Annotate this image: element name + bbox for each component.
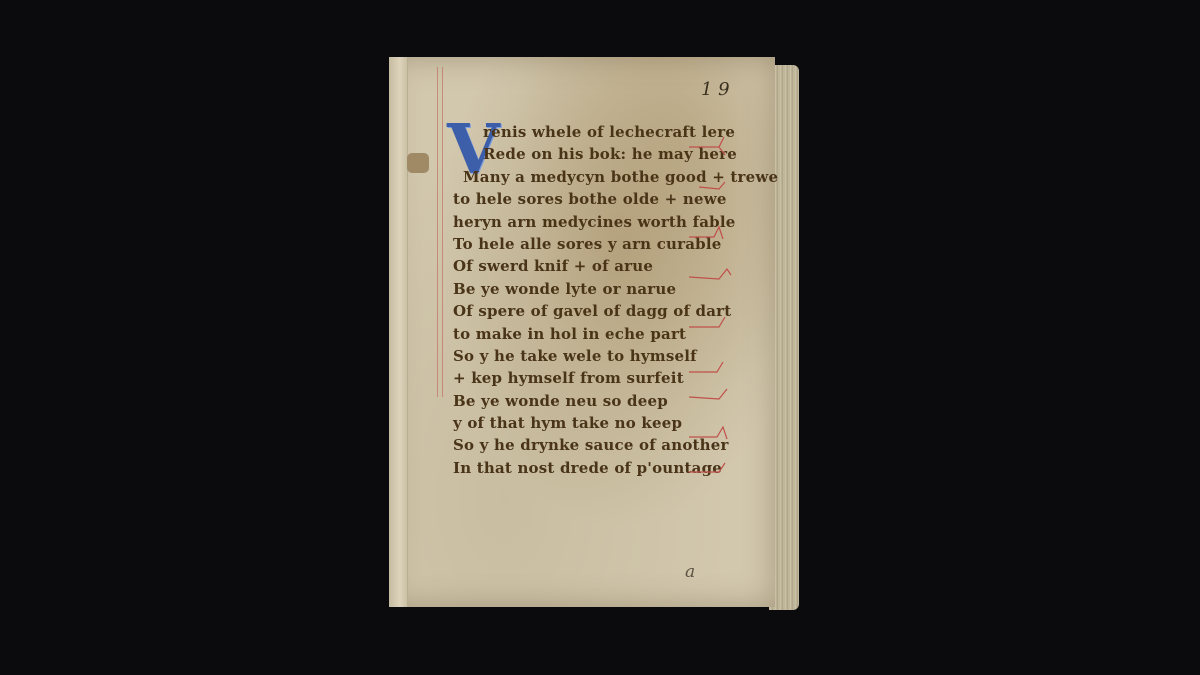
text-line: Many a medycyn bothe good + trewe: [453, 166, 723, 188]
signature-mark: a: [685, 562, 695, 582]
text-line: renis whele of lechecraft lere: [453, 121, 723, 143]
text-line: To hele alle sores y arn curable: [453, 233, 723, 255]
text-line: In that nost drede of p'ountage: [453, 457, 723, 479]
text-line: Be ye wonde lyte or narue: [453, 278, 723, 300]
text-line: to make in hol in eche part: [453, 323, 723, 345]
manuscript-page: 1 9 V renis whele of lechecraft lere Red…: [389, 57, 775, 607]
text-line: So y he drynke sauce of another: [453, 434, 723, 456]
rubric-brackets: [689, 127, 749, 477]
folio-number: 1 9: [701, 79, 730, 100]
margin-rule: [437, 67, 438, 397]
text-line: y of that hym take no keep: [453, 412, 723, 434]
margin-rule: [442, 67, 443, 397]
text-line: + kep hymself from surfeit: [453, 367, 723, 389]
text-line: to hele sores bothe olde + newe: [453, 188, 723, 210]
text-line: Of spere of gavel of dagg of dart: [453, 300, 723, 322]
manuscript-book: 1 9 V renis whele of lechecraft lere Red…: [389, 57, 804, 615]
text-line: heryn arn medycines worth fable: [453, 211, 723, 233]
text-line: Be ye wonde neu so deep: [453, 390, 723, 412]
stain: [407, 153, 429, 173]
text-line: Of swerd knif + of arue: [453, 255, 723, 277]
text-line: So y he take wele to hymself: [453, 345, 723, 367]
text-line: Rede on his bok: he may here: [453, 143, 723, 165]
verse-text: renis whele of lechecraft lere Rede on h…: [453, 121, 723, 479]
binding-gutter: [389, 57, 408, 607]
